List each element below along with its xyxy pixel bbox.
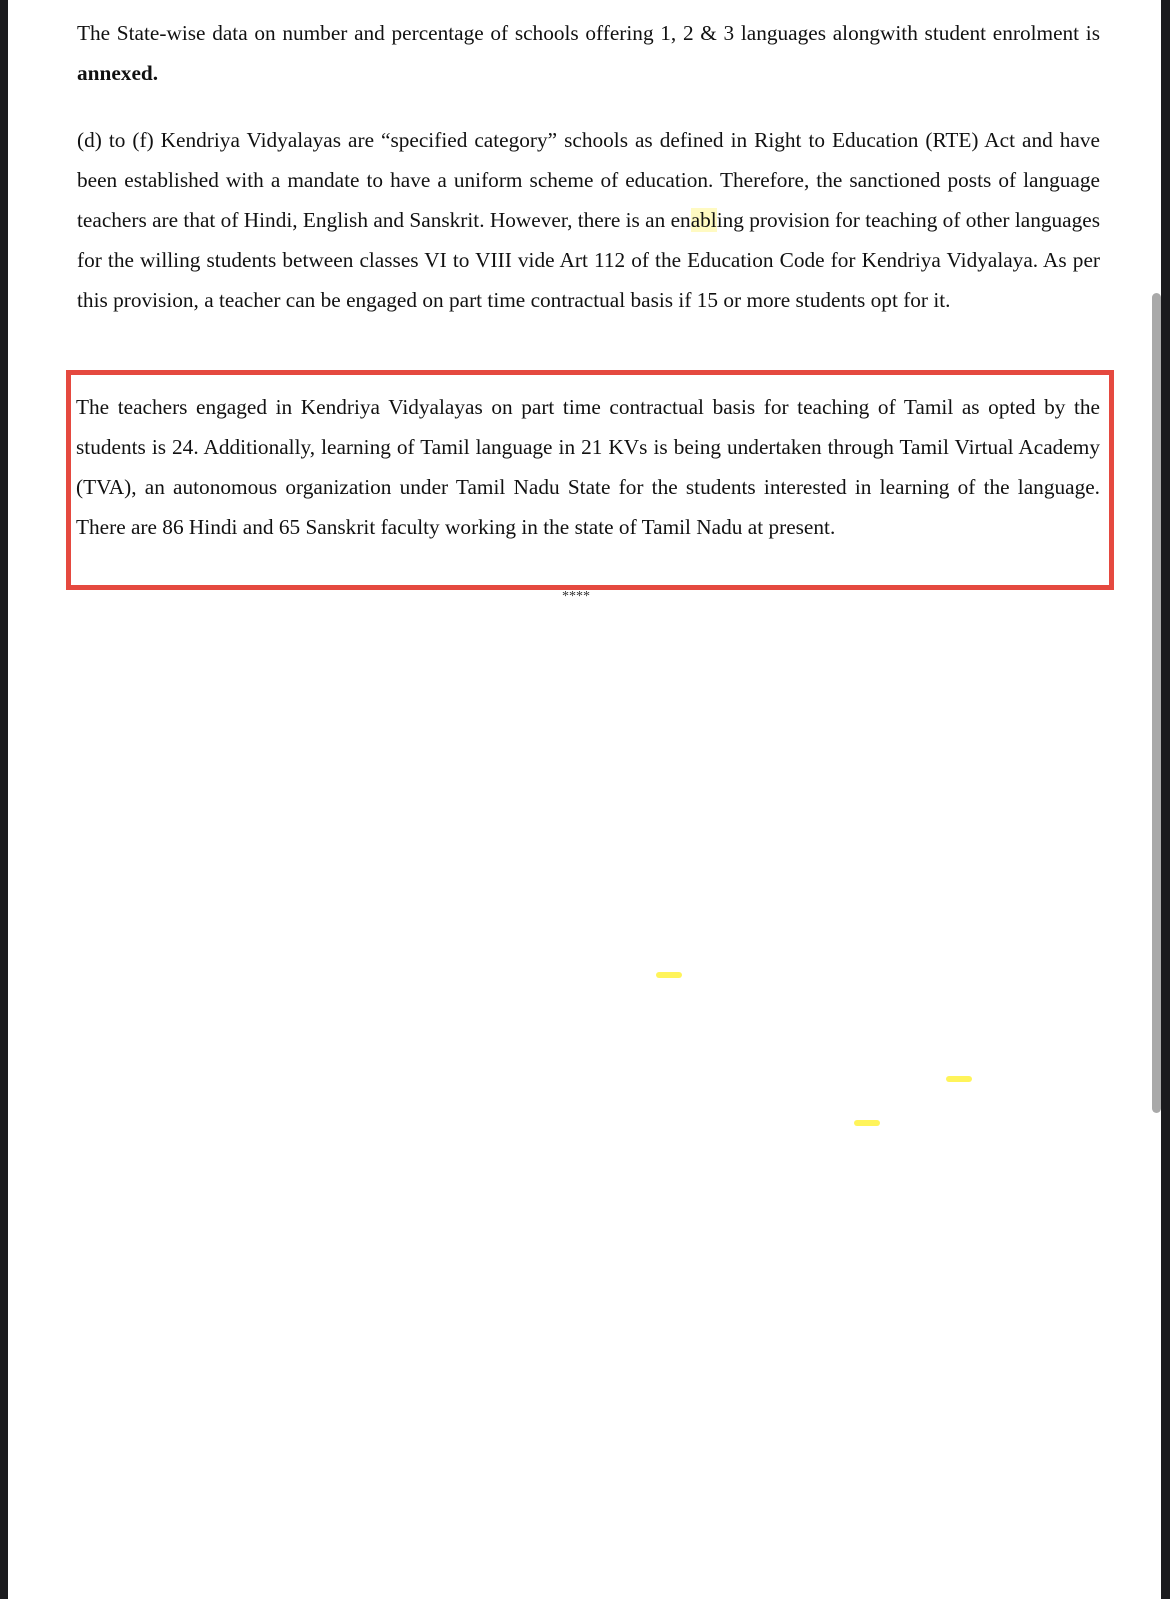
end-of-answer-marker: **** — [562, 590, 590, 604]
paragraph-annexure-note: The State-wise data on number and percen… — [77, 13, 1100, 93]
highlighter-mark — [656, 972, 682, 978]
document-page: The State-wise data on number and percen… — [8, 0, 1161, 1599]
highlighted-fragment: abl — [691, 208, 717, 232]
paragraph-kendriya-vidyalayas: (d) to (f) Kendriya Vidyalayas are “spec… — [77, 120, 1100, 320]
highlighter-mark — [946, 1076, 972, 1082]
paragraph-tamil-teachers-boxed: The teachers engaged in Kendriya Vidyala… — [76, 387, 1100, 547]
vertical-scrollbar-thumb[interactable] — [1152, 293, 1161, 1113]
highlighter-mark — [854, 1120, 880, 1126]
paragraph-annexure-text: The State-wise data on number and percen… — [77, 21, 1100, 45]
annexed-bold-text: annexed. — [77, 61, 158, 85]
